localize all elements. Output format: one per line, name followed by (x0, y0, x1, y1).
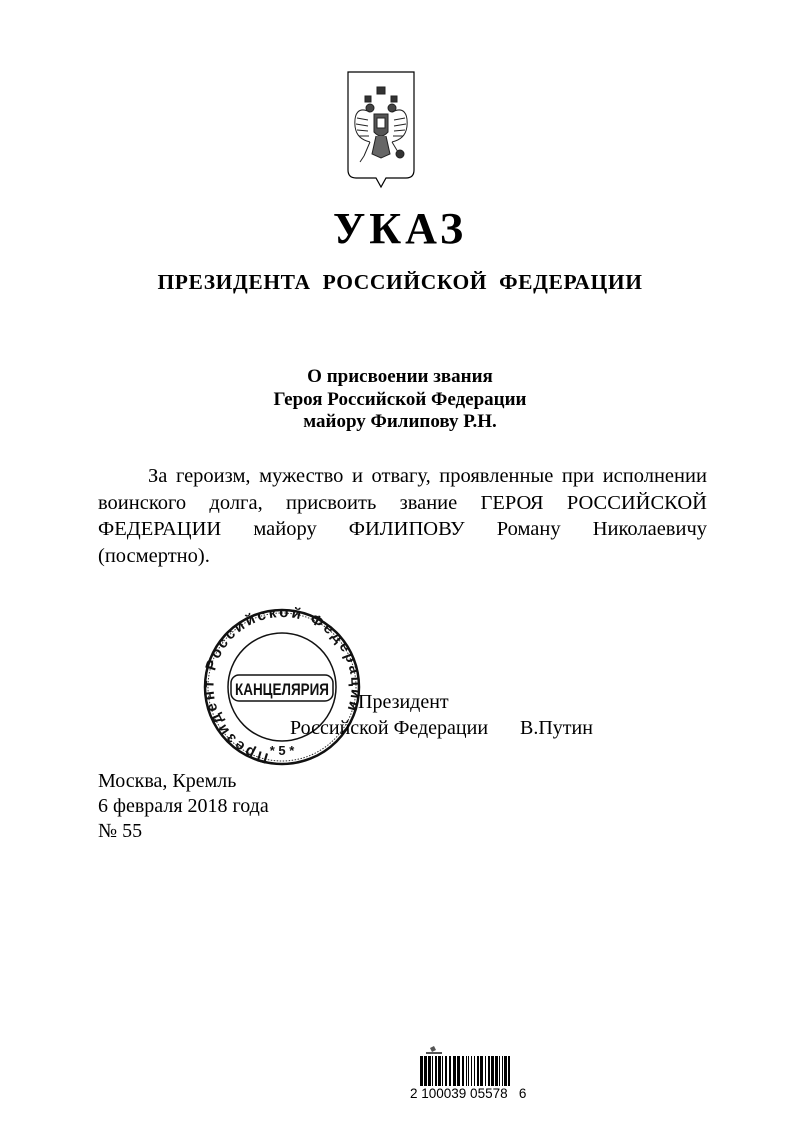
decree-heading: О присвоении звания Героя Российской Фед… (0, 366, 800, 434)
decree-place: Москва, Кремль (98, 769, 269, 794)
decree-number: № 55 (98, 819, 269, 844)
body-word: и (352, 463, 363, 490)
body-word: воинского (98, 490, 186, 517)
body-word: присвоить (286, 490, 376, 517)
body-word: мужество (259, 463, 343, 490)
barcode-icon (418, 1046, 516, 1086)
decree-place-date: Москва, Кремль 6 февраля 2018 года № 55 (98, 769, 269, 844)
body-word: майору (253, 516, 316, 543)
body-word: звание (400, 490, 458, 517)
document-subtitle: ПРЕЗИДЕНТА РОССИЙСКОЙ ФЕДЕРАЦИИ (0, 268, 800, 296)
body-word: проявленные (439, 463, 553, 490)
body-word: исполнении (603, 463, 707, 490)
body-word: (посмертно). (98, 543, 210, 570)
stamp-bottom-text: * 5 * (270, 743, 296, 758)
coat-of-arms-emblem (346, 70, 416, 192)
body-line: (посмертно). (98, 543, 707, 570)
body-word: героизм, (176, 463, 251, 490)
document-title: УКАЗ (0, 204, 800, 254)
body-word: ФЕДЕРАЦИИ (98, 516, 221, 543)
stamp-center-text: КАНЦЕЛЯРИЯ (235, 680, 329, 699)
barcode-number: 2 100039 05578 6 (410, 1086, 530, 1102)
body-word: долга, (209, 490, 262, 517)
decree-body: Загероизм,мужествоиотвагу,проявленныепри… (98, 463, 707, 569)
body-word: отвагу, (372, 463, 431, 490)
heading-line: О присвоении звания (0, 366, 800, 389)
signatory-position-line1: Президент (358, 690, 449, 714)
body-word: РОССИЙСКОЙ (567, 490, 707, 517)
body-line: воинскогодолга,присвоитьзваниеГЕРОЯРОССИ… (98, 490, 707, 517)
body-word: ФИЛИПОВУ (349, 516, 465, 543)
barcode-logo-icon (426, 1046, 442, 1054)
official-stamp: Президент Российской Федерации КАНЦЕЛЯРИ… (203, 607, 361, 767)
body-word: Роману (497, 516, 561, 543)
body-word: ГЕРОЯ (481, 490, 544, 517)
signatory-name: В.Путин (520, 716, 593, 740)
heading-line: майору Филипову Р.Н. (0, 411, 800, 434)
body-word: при (562, 463, 594, 490)
body-line: ФЕДЕРАЦИИмайоруФИЛИПОВУРомануНиколаевичу (98, 516, 707, 543)
heading-line: Героя Российской Федерации (0, 389, 800, 412)
decree-date: 6 февраля 2018 года (98, 794, 269, 819)
signatory-position-line2: Российской Федерации (290, 716, 488, 740)
body-word: За (148, 463, 167, 490)
body-word: Николаевичу (593, 516, 707, 543)
double-headed-eagle-icon (346, 70, 416, 192)
body-line: Загероизм,мужествоиотвагу,проявленныепри… (98, 463, 707, 490)
